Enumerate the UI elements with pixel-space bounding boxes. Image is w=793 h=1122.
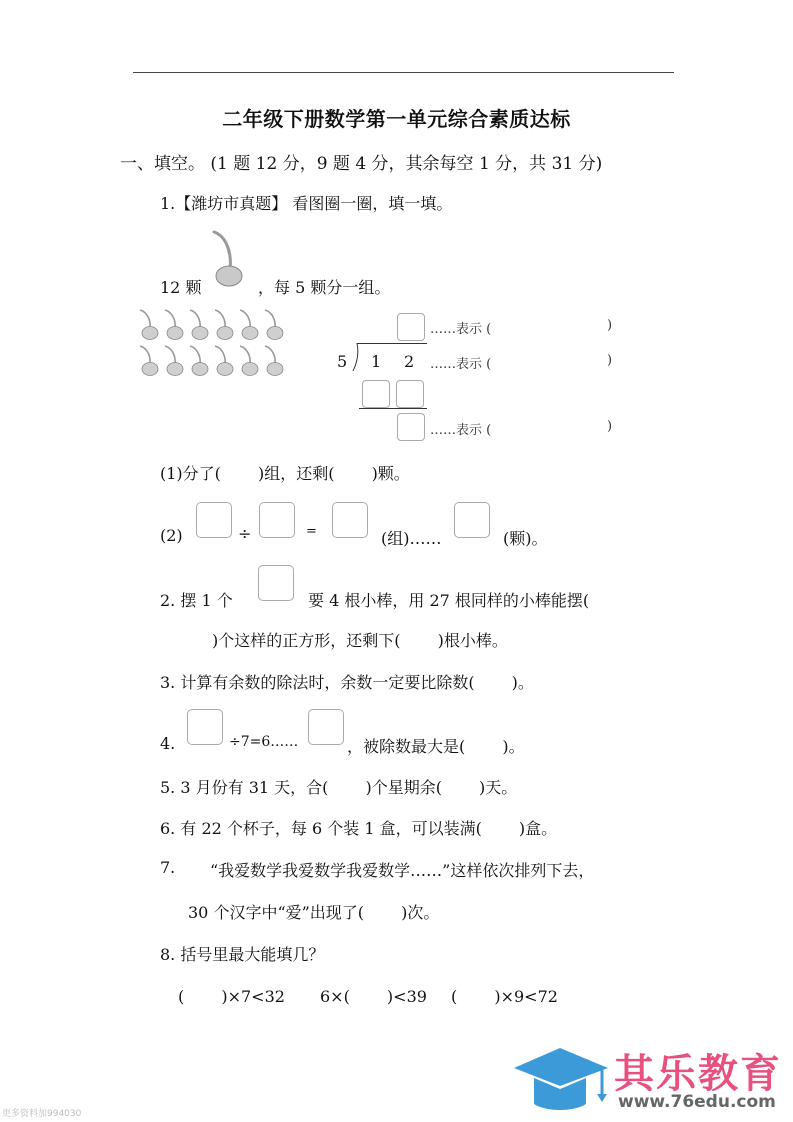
question-7-number: 7. xyxy=(160,858,175,877)
quotient-box[interactable] xyxy=(397,313,425,341)
question-2-suffix: 要 4 根小棒，用 27 根同样的小棒能摆( xyxy=(308,588,589,611)
cherry-grid xyxy=(138,308,293,380)
dividend-box[interactable] xyxy=(196,502,232,538)
question-1-intro-prefix: 12 颗 xyxy=(160,275,201,298)
question-8-expr-2: 6×( )<39 xyxy=(320,984,427,1007)
header-rule xyxy=(133,72,674,73)
division-bar xyxy=(357,343,427,344)
question-4-middle: ÷7=6…… xyxy=(229,734,298,750)
question-1-intro-suffix: ，每 5 颗分一组。 xyxy=(258,275,390,298)
question-6: 6. 有 22 个杯子，每 6 个装 1 盒，可以装满( )盒。 xyxy=(160,816,557,839)
question-8-expr-3: ( )×9<72 xyxy=(451,984,558,1007)
row2-close: ) xyxy=(607,353,612,368)
product-box-2[interactable] xyxy=(396,380,424,408)
row3-close: ) xyxy=(607,419,612,434)
question-8-expr-1: ( )×7<32 xyxy=(178,984,285,1007)
question-3: 3. 计算有余数的除法时，余数一定要比除数( )。 xyxy=(160,670,534,693)
section-heading: 一、填空。 (1 题 12 分，9 题 4 分，其余每空 1 分，共 31 分) xyxy=(120,149,602,174)
row3-label: ……表示 ( xyxy=(430,419,491,438)
group-text: (组)…… xyxy=(381,526,442,549)
remainder-box[interactable] xyxy=(397,413,425,441)
question-7-line2: 30 个汉字中“爱”出现了( )次。 xyxy=(188,900,439,923)
graduation-cap-icon xyxy=(512,1042,612,1114)
question-5: 5. 3 月份有 31 天，合( )个星期余( )天。 xyxy=(160,775,517,798)
logo-url-text: www.76edu.com xyxy=(618,1092,776,1112)
question-2-prefix: 2. 摆 1 个 xyxy=(160,588,233,611)
equals-sign: = xyxy=(306,524,317,539)
question-8-header: 8. 括号里最大能填几？ xyxy=(160,942,324,965)
page-title: 二年级下册数学第一单元综合素质达标 xyxy=(0,103,793,132)
remainder-answer-box[interactable] xyxy=(454,502,490,538)
question-2-line2: )个这样的正方形，还剩下( )根小棒。 xyxy=(212,628,508,651)
subtraction-line xyxy=(359,408,427,409)
unit-text: (颗)。 xyxy=(503,526,548,549)
logo-brand-text: 其乐教育 xyxy=(614,1042,782,1099)
question-1-header: 1.【潍坊市真题】 看图圈一圈，填一填。 xyxy=(160,191,452,214)
question-7-line1: “我爱数学我爱数学我爱数学……”这样依次排列下去， xyxy=(210,858,594,881)
division-sign: ÷ xyxy=(238,524,251,543)
divisor-box[interactable] xyxy=(259,502,295,538)
row2-label: ……表示 ( xyxy=(430,353,491,372)
remainder-blank-box[interactable] xyxy=(308,709,344,745)
dividend-digit-2: 2 xyxy=(404,352,414,371)
question-1-sub2-label: (2) xyxy=(160,526,183,545)
product-box-1[interactable] xyxy=(362,380,390,408)
divisor: 5 xyxy=(337,352,347,371)
question-4-number: 4. xyxy=(160,734,175,753)
question-4-suffix: ，被除数最大是( )。 xyxy=(347,734,525,757)
row1-close: ) xyxy=(607,318,612,333)
dividend-digit-1: 1 xyxy=(371,352,381,371)
square-icon xyxy=(258,565,294,601)
cherry-icon xyxy=(204,228,252,290)
dividend-blank-box[interactable] xyxy=(187,709,223,745)
row1-label: ……表示 ( xyxy=(430,318,491,337)
quotient-answer-box[interactable] xyxy=(332,502,368,538)
cherries-icon xyxy=(138,308,293,380)
question-1-sub1: (1)分了( )组，还剩( )颗。 xyxy=(160,461,410,484)
footer-note: 更多资料加994030 xyxy=(2,1106,81,1119)
division-bracket-icon xyxy=(351,343,361,371)
